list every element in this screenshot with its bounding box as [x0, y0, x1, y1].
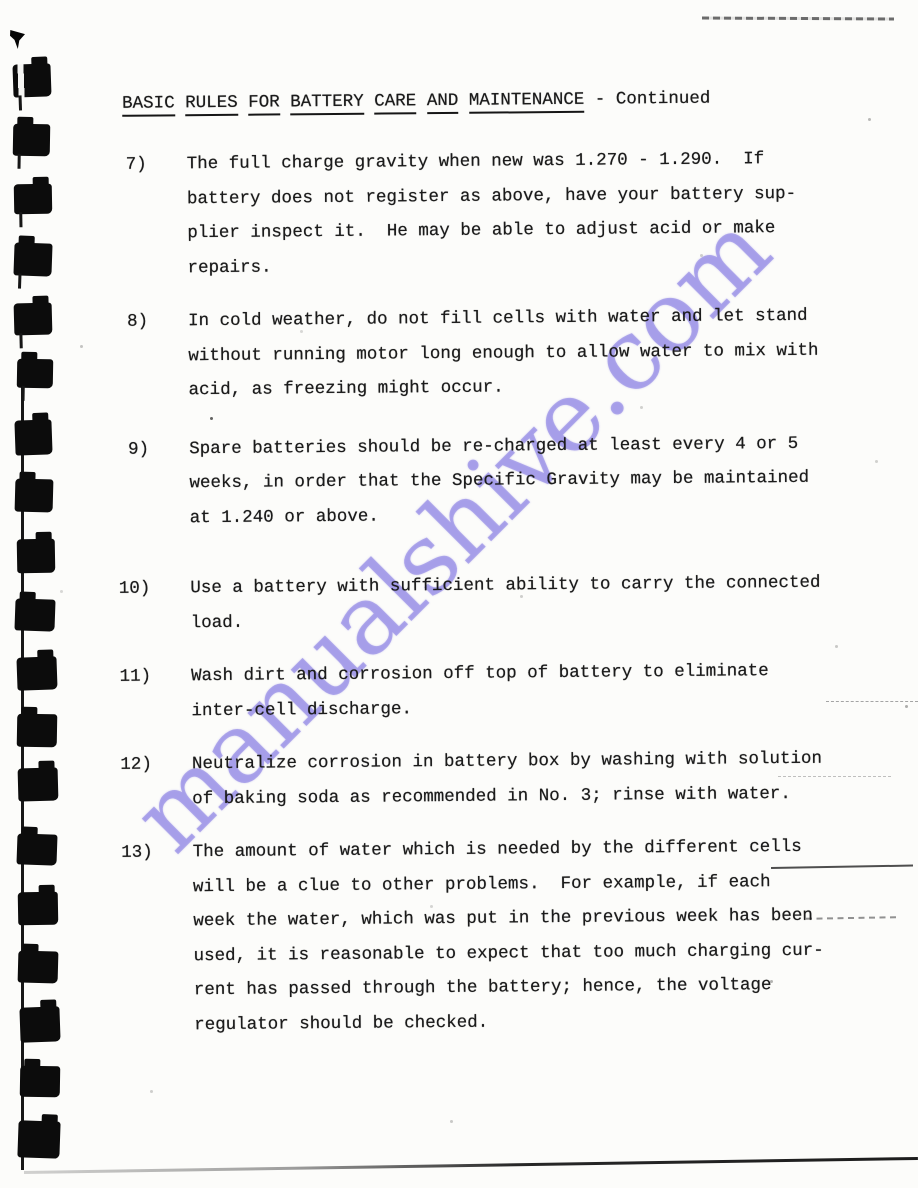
item-text: Neutralize corrosion in battery box by w… — [192, 742, 841, 817]
item-number: 10) — [104, 572, 151, 641]
binding-hole — [18, 892, 59, 926]
list-item: 8) In cold weather, do not fill cells wi… — [102, 298, 878, 408]
title-word: CARE — [374, 91, 416, 114]
binding-hole — [15, 479, 54, 513]
binding-hole — [13, 124, 51, 157]
rules-list: 7) The full charge gravity when new was … — [101, 141, 884, 1043]
item-number: 8) — [102, 305, 149, 409]
binding-hole — [18, 767, 59, 801]
list-item: 10) Use a battery with sufficient abilit… — [104, 565, 880, 641]
binding-hole — [14, 303, 53, 336]
title-word: BATTERY — [290, 92, 364, 116]
item-number: 11) — [105, 660, 152, 729]
item-text: Use a battery with sufficient ability to… — [190, 566, 839, 641]
binding-hole — [16, 833, 57, 865]
list-item: 9) Spare batteries should be re-charged … — [103, 426, 879, 536]
scan-noise-specks — [80, 345, 83, 348]
binding-hole — [18, 950, 59, 983]
binding-hole — [16, 656, 57, 690]
item-number: 9) — [103, 432, 150, 536]
binding-hole — [14, 184, 53, 215]
item-text: The full charge gravity when new was 1.2… — [187, 142, 836, 286]
list-item: 12) Neutralize corrosion in battery box … — [106, 741, 882, 817]
binding-hole — [14, 598, 55, 631]
scan-edge-bottom-line — [24, 1157, 918, 1174]
binding-hole — [17, 539, 56, 574]
page-title: BASIC RULES FOR BATTERY CARE AND MAINTEN… — [122, 80, 875, 121]
item-number: 13) — [107, 836, 155, 1043]
binding-hole — [19, 1006, 60, 1042]
item-text: In cold weather, do not fill cells with … — [188, 299, 837, 408]
list-item: 11) Wash dirt and corrosion off top of b… — [105, 653, 881, 729]
binding-hole — [17, 1120, 60, 1158]
binding-hole — [17, 714, 58, 748]
title-word: MAINTENANCE — [469, 90, 585, 114]
binding-hole — [20, 1066, 61, 1098]
list-item: 7) The full charge gravity when new was … — [101, 141, 877, 286]
list-item: 13) The amount of water which is needed … — [107, 829, 884, 1043]
item-number: 7) — [101, 148, 148, 286]
binding-hole — [13, 242, 52, 276]
title-word: FOR — [248, 92, 280, 115]
item-text: Spare batteries should be re-charged at … — [189, 426, 838, 535]
title-word: BASIC — [122, 93, 175, 116]
page-content: BASIC RULES FOR BATTERY CARE AND MAINTEN… — [100, 80, 883, 1043]
item-text: Wash dirt and corrosion off top of batte… — [191, 654, 840, 729]
title-suffix: - Continued — [595, 89, 711, 110]
scanned-manual-page: { "heading": { "words": ["BASIC", "RULES… — [0, 0, 918, 1188]
scan-edge-top-line — [702, 16, 894, 20]
title-word: AND — [427, 91, 459, 114]
binding-hole — [17, 359, 54, 389]
title-word: RULES — [185, 93, 238, 116]
scan-corner-mark — [10, 30, 25, 49]
binding-hole — [14, 419, 52, 455]
binding-hole — [12, 63, 51, 97]
item-number: 12) — [106, 748, 153, 817]
item-text: The amount of water which is needed by t… — [193, 830, 843, 1043]
